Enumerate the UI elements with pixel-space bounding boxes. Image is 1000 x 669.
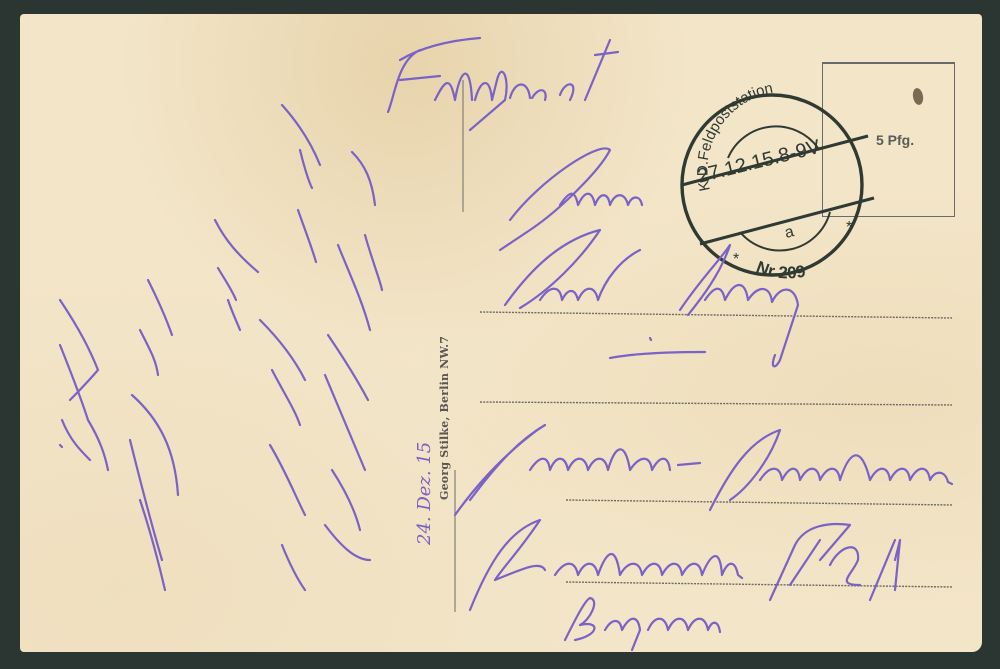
handwritten-address-in: [610, 338, 705, 358]
handwritten-address-state: [565, 598, 720, 650]
handwritten-message-line-3: [215, 220, 258, 330]
handwritten-message-line-1: [325, 152, 382, 560]
handwriting: [0, 0, 1000, 669]
handwritten-message-line-5: [60, 300, 108, 470]
handwritten-feldpost: [388, 38, 618, 130]
handwritten-address-herrn: [500, 148, 642, 250]
handwritten-address-name: [505, 230, 798, 366]
handwritten-message-line-4: [130, 280, 178, 590]
handwritten-address-city: [455, 425, 952, 515]
handwritten-message-line-2: [260, 105, 320, 590]
handwritten-message-date: 24. Dez. 15: [414, 442, 435, 545]
handwritten-address-street: [470, 520, 900, 610]
